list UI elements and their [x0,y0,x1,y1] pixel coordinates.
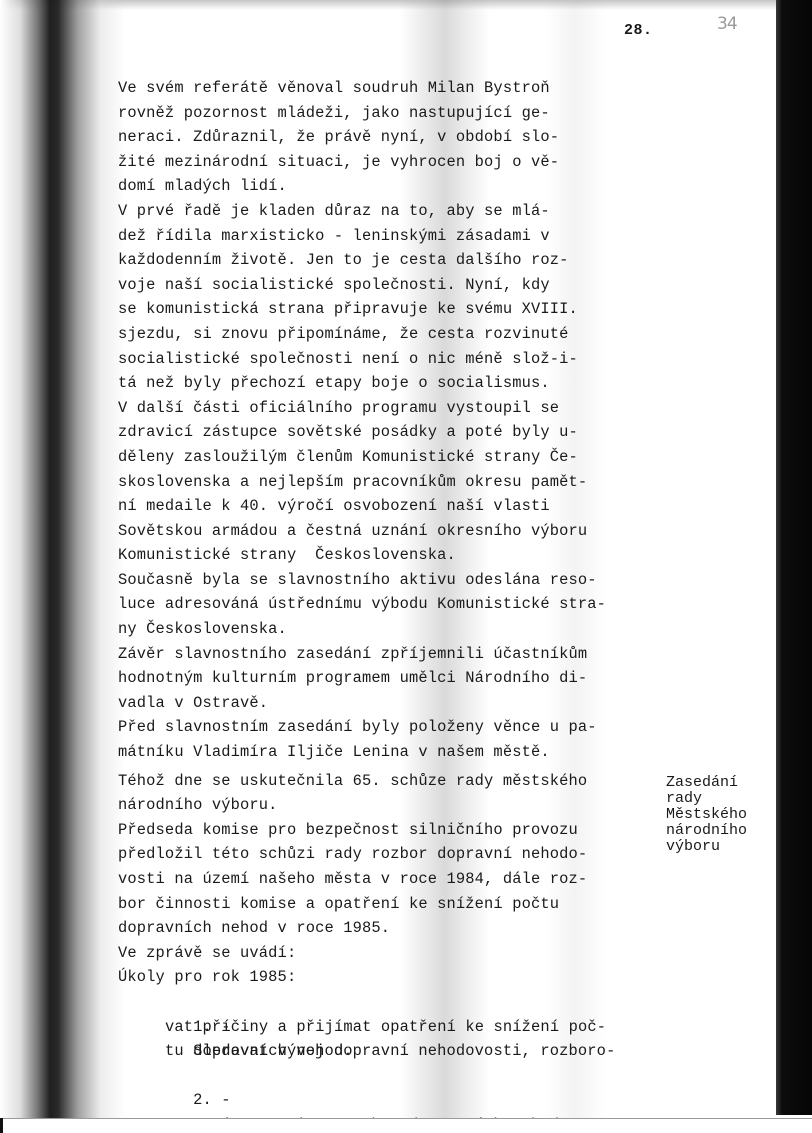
paragraph-program: V další části oficiálního programu vysto… [118,396,678,568]
text-line: děleny zasloužilým členům Komunistické s… [118,445,678,470]
margin-note: Zasedání rady Městského národního výboru [666,775,776,855]
text-line: dež řídila marxisticko - leninskými zása… [118,224,678,249]
text-line: V další části oficiálního programu vysto… [118,396,678,421]
scan-left-binding-shadow [0,0,125,1133]
text-line: socialistické společnosti není o nic mén… [118,347,678,372]
text-line: zdravicí zástupce sovětské posádky a pot… [118,420,678,445]
paragraph-marxism: V prvé řadě je kladen důraz na to, aby s… [118,199,678,396]
text-line: luce adresováná ústřednímu výbodu Komuni… [118,592,678,617]
paragraph-resolution: Současně byla se slavnostního aktivu ode… [118,568,678,642]
text-line: V prvé řadě je kladen důraz na to, aby s… [118,199,678,224]
text-line: předložil této schůzi rady rozbor doprav… [118,842,678,867]
text-line: Komunistické strany Československa. [118,543,678,568]
text-line: vadla v Ostravě. [118,691,678,716]
text-line: mátníku Vladimíra Iljiče Lenina v našem … [118,740,678,765]
text-line: národního výboru. [118,793,678,818]
margin-note-line: Městského [666,807,776,823]
paragraph-council-meeting: Téhož dne se uskutečnila 65. schůze rady… [118,769,678,818]
scan-right-dark-edge [776,0,812,1115]
paragraph-culture: Závěr slavnostního zasedání zpříjemnili … [118,642,678,716]
text-line: dopravních nehod v roce 1985. [118,916,678,941]
text-line: se komunistická strana připravuje ke své… [118,297,678,322]
task-text: V návaznosti na rozbor dopravních nehod … [193,1116,634,1133]
text-line: Sovětskou armádou a čestná uznání okresn… [118,519,678,544]
text-line: Ve svém referátě věnoval soudruh Milan B… [118,76,678,101]
task-item: 2. - V návaznosti na rozbor dopravních n… [118,1064,678,1089]
text-line: domí mladých lidí. [118,174,678,199]
scan-top-shading [0,0,812,10]
margin-note-line: národního [666,823,776,839]
handwritten-page-mark: 34 [717,14,737,34]
margin-note-line: Zasedání [666,775,776,791]
text-line: skoslovenska a nejlepším pracovníkům okr… [118,470,678,495]
text-line: rovněž pozornost mládeži, jako nastupují… [118,101,678,126]
text-line: hodnotným kulturním programem umělci Nár… [118,666,678,691]
task-number: 2. - [193,1091,231,1109]
text-line: Ve zprávě se uvádí: [118,941,678,966]
text-line: každodenním životě. Jen to je cesta dalš… [118,248,678,273]
text-line: ny Československa. [118,617,678,642]
text-line: neraci. Zdůraznil, že právě nyní, v obdo… [118,125,678,150]
document-body: Ve svém referátě věnoval soudruh Milan B… [118,76,678,1088]
paragraph-wreaths: Před slavnostním zasedání byly položeny … [118,715,678,764]
task-item: 1. - Sledovat vývoj dopravní nehodovosti… [118,990,678,1064]
paragraph-youth: Ve svém referátě věnoval soudruh Milan B… [118,76,678,199]
text-line: Před slavnostním zasedání byly položeny … [118,715,678,740]
task-text: vat příčiny a přijímat opatření ke sníže… [118,1015,678,1040]
text-line: Téhož dne se uskutečnila 65. schůze rady… [118,769,678,794]
scan-bottom-corner-mark [0,1118,3,1133]
margin-note-line: rady [666,791,776,807]
text-line: Předseda komise pro bezpečnost silničníh… [118,818,678,843]
text-line: žité mezinárodní situaci, je vyhrocen bo… [118,150,678,175]
text-line: Úkoly pro rok 1985: [118,965,678,990]
text-line: vosti na území našeho města v roce 1984,… [118,867,678,892]
text-line: Závěr slavnostního zasedání zpříjemnili … [118,642,678,667]
text-line: ní medaile k 40. výročí osvobození naší … [118,494,678,519]
task-list: 1. - Sledovat vývoj dopravní nehodovosti… [118,990,678,1088]
text-line: sjezdu, si znovu připomínáme, že cesta r… [118,322,678,347]
margin-note-line: výboru [666,839,776,855]
text-line: voje naší socialistické společnosti. Nyn… [118,273,678,298]
text-line: tá než byly přechozí etapy boje o social… [118,371,678,396]
page-number: 28. [624,22,653,39]
paragraph-report-intro: Ve zprávě se uvádí: Úkoly pro rok 1985: [118,941,678,990]
text-line: Současně byla se slavnostního aktivu ode… [118,568,678,593]
text-line: bor činnosti komise a opatření ke snížen… [118,892,678,917]
paragraph-traffic-report: Předseda komise pro bezpečnost silničníh… [118,818,678,941]
